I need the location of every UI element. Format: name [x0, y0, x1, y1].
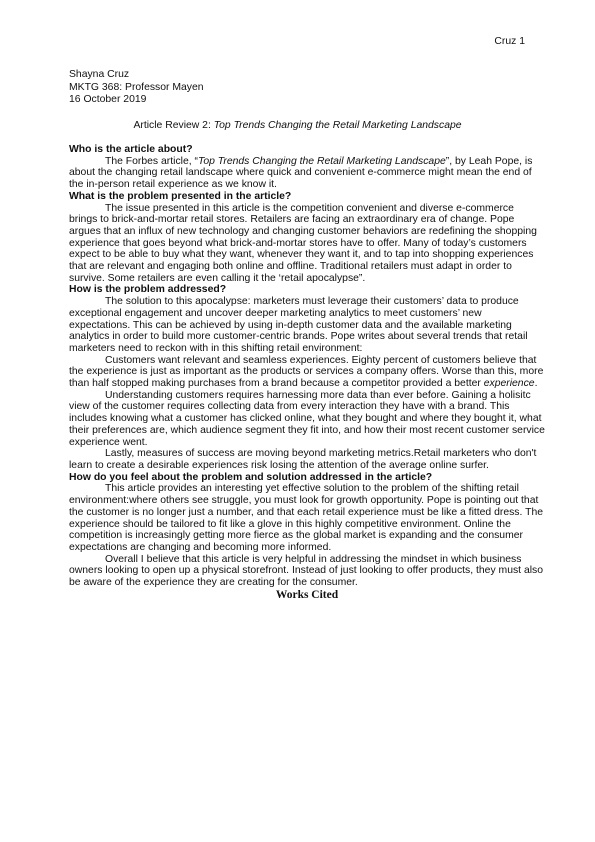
heading-block: Shayna Cruz MKTG 368: Professor Mayen 16… — [69, 69, 204, 107]
paragraph: Overall I believe that this article is v… — [69, 554, 545, 589]
paragraph: This article provides an interesting yet… — [69, 483, 545, 553]
section-question: What is the problem presented in the art… — [69, 191, 545, 203]
paragraph-text: The Forbes article, “ — [105, 156, 198, 167]
section-question: How is the problem addressed? — [69, 284, 545, 296]
document-title: Article Review 2: Top Trends Changing th… — [0, 119, 595, 132]
paragraph-text: Customers want relevant and seamless exp… — [69, 355, 543, 389]
title-prefix: Article Review 2: — [133, 120, 213, 131]
title-article-name: Top Trends Changing the Retail Marketing… — [214, 120, 462, 131]
section-question: How do you feel about the problem and so… — [69, 472, 545, 484]
date: 16 October 2019 — [69, 94, 204, 107]
paragraph: Understanding customers requires harness… — [69, 390, 545, 449]
document-body: Who is the article about? The Forbes art… — [69, 144, 545, 602]
paragraph-italic: Top Trends Changing the Retail Marketing… — [198, 156, 446, 167]
paragraph-text: . — [535, 378, 538, 389]
author-name: Shayna Cruz — [69, 69, 204, 82]
page-number: Cruz 1 — [494, 36, 525, 47]
course-info: MKTG 368: Professor Mayen — [69, 82, 204, 95]
works-cited-heading: Works Cited — [69, 589, 545, 602]
paragraph: The issue presented in this article is t… — [69, 203, 545, 285]
paragraph-italic: experience — [484, 378, 535, 389]
section-question: Who is the article about? — [69, 144, 545, 156]
paragraph: The Forbes article, “Top Trends Changing… — [69, 156, 545, 191]
paragraph: Lastly, measures of success are moving b… — [69, 448, 545, 471]
paragraph: Customers want relevant and seamless exp… — [69, 355, 545, 390]
paragraph: The solution to this apocalypse: markete… — [69, 296, 545, 355]
